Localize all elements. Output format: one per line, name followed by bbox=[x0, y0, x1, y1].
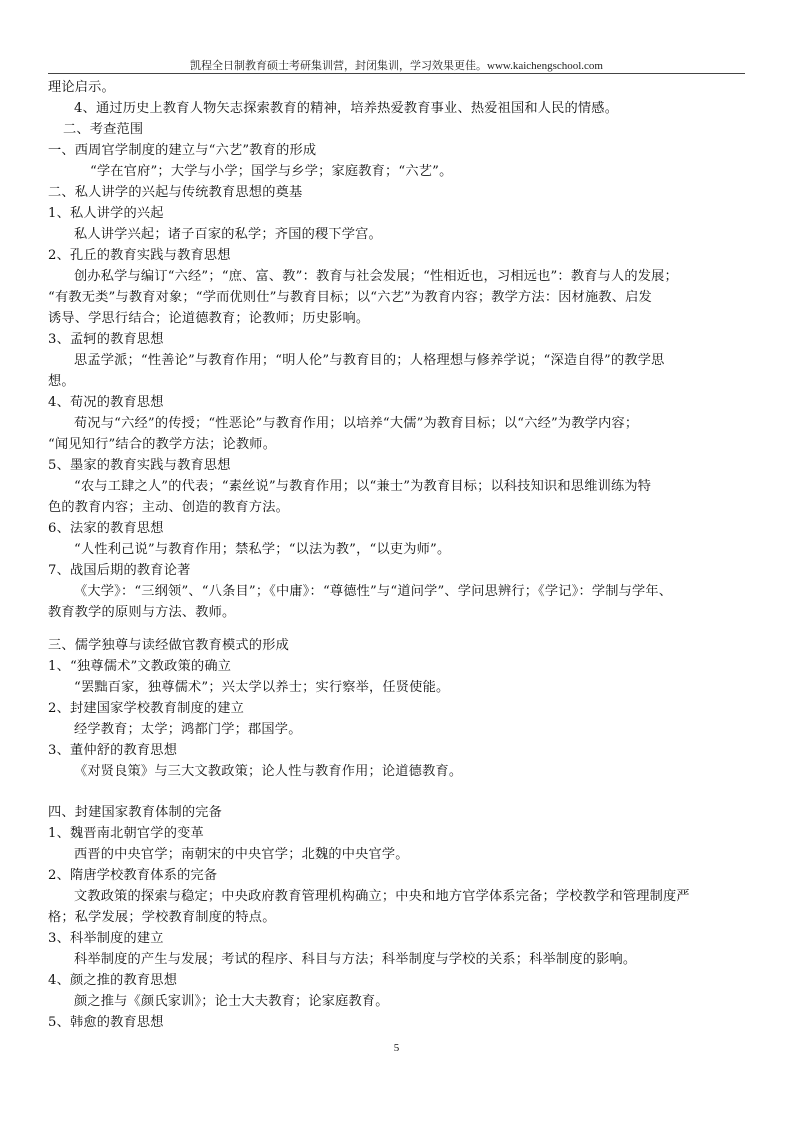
text-line: 诱导、学思行结合；论道德教育；论教师；历史影响。 bbox=[48, 311, 369, 327]
text-line: 4、荀况的教育思想 bbox=[48, 395, 164, 411]
text-line: 《大学》：“三纲领”、“八条目”；《中庸》：“尊德性”与“道问学”、学问思辨行；… bbox=[74, 584, 672, 600]
text-line: 5、墨家的教育实践与教育思想 bbox=[48, 458, 231, 474]
text-line: 理论启示。 bbox=[48, 80, 115, 96]
text-line: 文教政策的探索与稳定；中央政府教育管理机构确立；中央和地方官学体系完备；学校教学… bbox=[74, 889, 690, 905]
text-line: 经学教育；太学；鸿都门学；郡国学。 bbox=[74, 722, 302, 738]
text-line: 2、隋唐学校教育体系的完备 bbox=[48, 868, 217, 884]
text-line: 3、科举制度的建立 bbox=[48, 931, 164, 947]
text-line: “有教无类”与教育对象；“学而优则仕”与教育目标；以“六艺”为教育内容；教学方法… bbox=[48, 290, 652, 306]
text-line: 5、韩愈的教育思想 bbox=[48, 1015, 164, 1031]
text-line: “农与工肆之人”的代表；“素丝说”与教育作用；以“兼士”为教育目标；以科技知识和… bbox=[74, 479, 651, 495]
text-line: 创办私学与编订“六经”；“庶、富、教”：教育与社会发展；“性相近也，习相远也”：… bbox=[74, 269, 678, 285]
text-line: 1、魏晋南北朝官学的变革 bbox=[48, 826, 204, 842]
text-line: 2、孔丘的教育实践与教育思想 bbox=[48, 248, 231, 264]
text-line: 格；私学发展；学校教育制度的特点。 bbox=[48, 910, 276, 926]
header-divider bbox=[48, 73, 745, 74]
text-line: “学在官府”；大学与小学；国学与乡学；家庭教育；“六艺”。 bbox=[90, 164, 452, 180]
text-line: 1、私人讲学的兴起 bbox=[48, 206, 164, 222]
text-line: 四、封建国家教育体制的完备 bbox=[48, 805, 222, 821]
text-line: 荀况与“六经”的传授；“性恶论”与教育作用；以培养“大儒”为教育目标；以“六经”… bbox=[74, 416, 638, 432]
text-line: 《对贤良策》与三大文教政策；论人性与教育作用；论道德教育。 bbox=[74, 764, 462, 780]
text-line: 2、封建国家学校教育制度的建立 bbox=[48, 701, 244, 717]
text-line: 3、孟轲的教育思想 bbox=[48, 332, 164, 348]
text-line: 思孟学派；“性善论”与教育作用；“明人伦”与教育目的；人格理想与修养学说；“深造… bbox=[74, 353, 665, 369]
text-line: 7、战国后期的教育论著 bbox=[48, 563, 190, 579]
page-number: 5 bbox=[0, 1042, 793, 1054]
text-line: 西晋的中央官学；南朝宋的中央官学；北魏的中央官学。 bbox=[74, 847, 409, 863]
text-line: 三、儒学独尊与读经做官教育模式的形成 bbox=[48, 638, 289, 654]
text-line: 颜之推与《颜氏家训》；论士大夫教育；论家庭教育。 bbox=[74, 994, 389, 1010]
text-line: 二、考查范围 bbox=[63, 122, 143, 138]
text-line: 3、董仲舒的教育思想 bbox=[48, 743, 177, 759]
text-line: 1、“独尊儒术”文教政策的确立 bbox=[48, 659, 231, 675]
text-line: 私人讲学兴起；诸子百家的私学；齐国的稷下学宫。 bbox=[74, 227, 382, 243]
text-line: “闻见知行”结合的教学方法；论教师。 bbox=[48, 437, 276, 453]
text-line: 想。 bbox=[48, 374, 75, 390]
text-line: 一、西周官学制度的建立与“六艺”教育的形成 bbox=[48, 143, 316, 159]
text-line: “人性利己说”与教育作用；禁私学；“以法为教”，“以吏为师”。 bbox=[74, 542, 450, 558]
text-line: 色的教育内容；主动、创造的教育方法。 bbox=[48, 500, 289, 516]
text-line: 二、私人讲学的兴起与传统教育思想的奠基 bbox=[48, 185, 302, 201]
text-line: “罢黜百家，独尊儒术”；兴太学以养士；实行察举，任贤使能。 bbox=[74, 680, 449, 696]
text-line: 教育教学的原则与方法、教师。 bbox=[48, 605, 235, 621]
text-line: 4、颜之推的教育思想 bbox=[48, 973, 177, 989]
text-line: 科举制度的产生与发展；考试的程序、科目与方法；科举制度与学校的关系；科举制度的影… bbox=[74, 952, 636, 968]
text-line: 4、通过历史上教育人物矢志探索教育的精神，培养热爱教育事业、热爱祖国和人民的情感… bbox=[74, 101, 618, 117]
page-header: 凯程全日制教育硕士考研集训营，封闭集训，学习效果更佳。www.kaichengs… bbox=[48, 57, 745, 73]
text-line: 6、法家的教育思想 bbox=[48, 521, 164, 537]
